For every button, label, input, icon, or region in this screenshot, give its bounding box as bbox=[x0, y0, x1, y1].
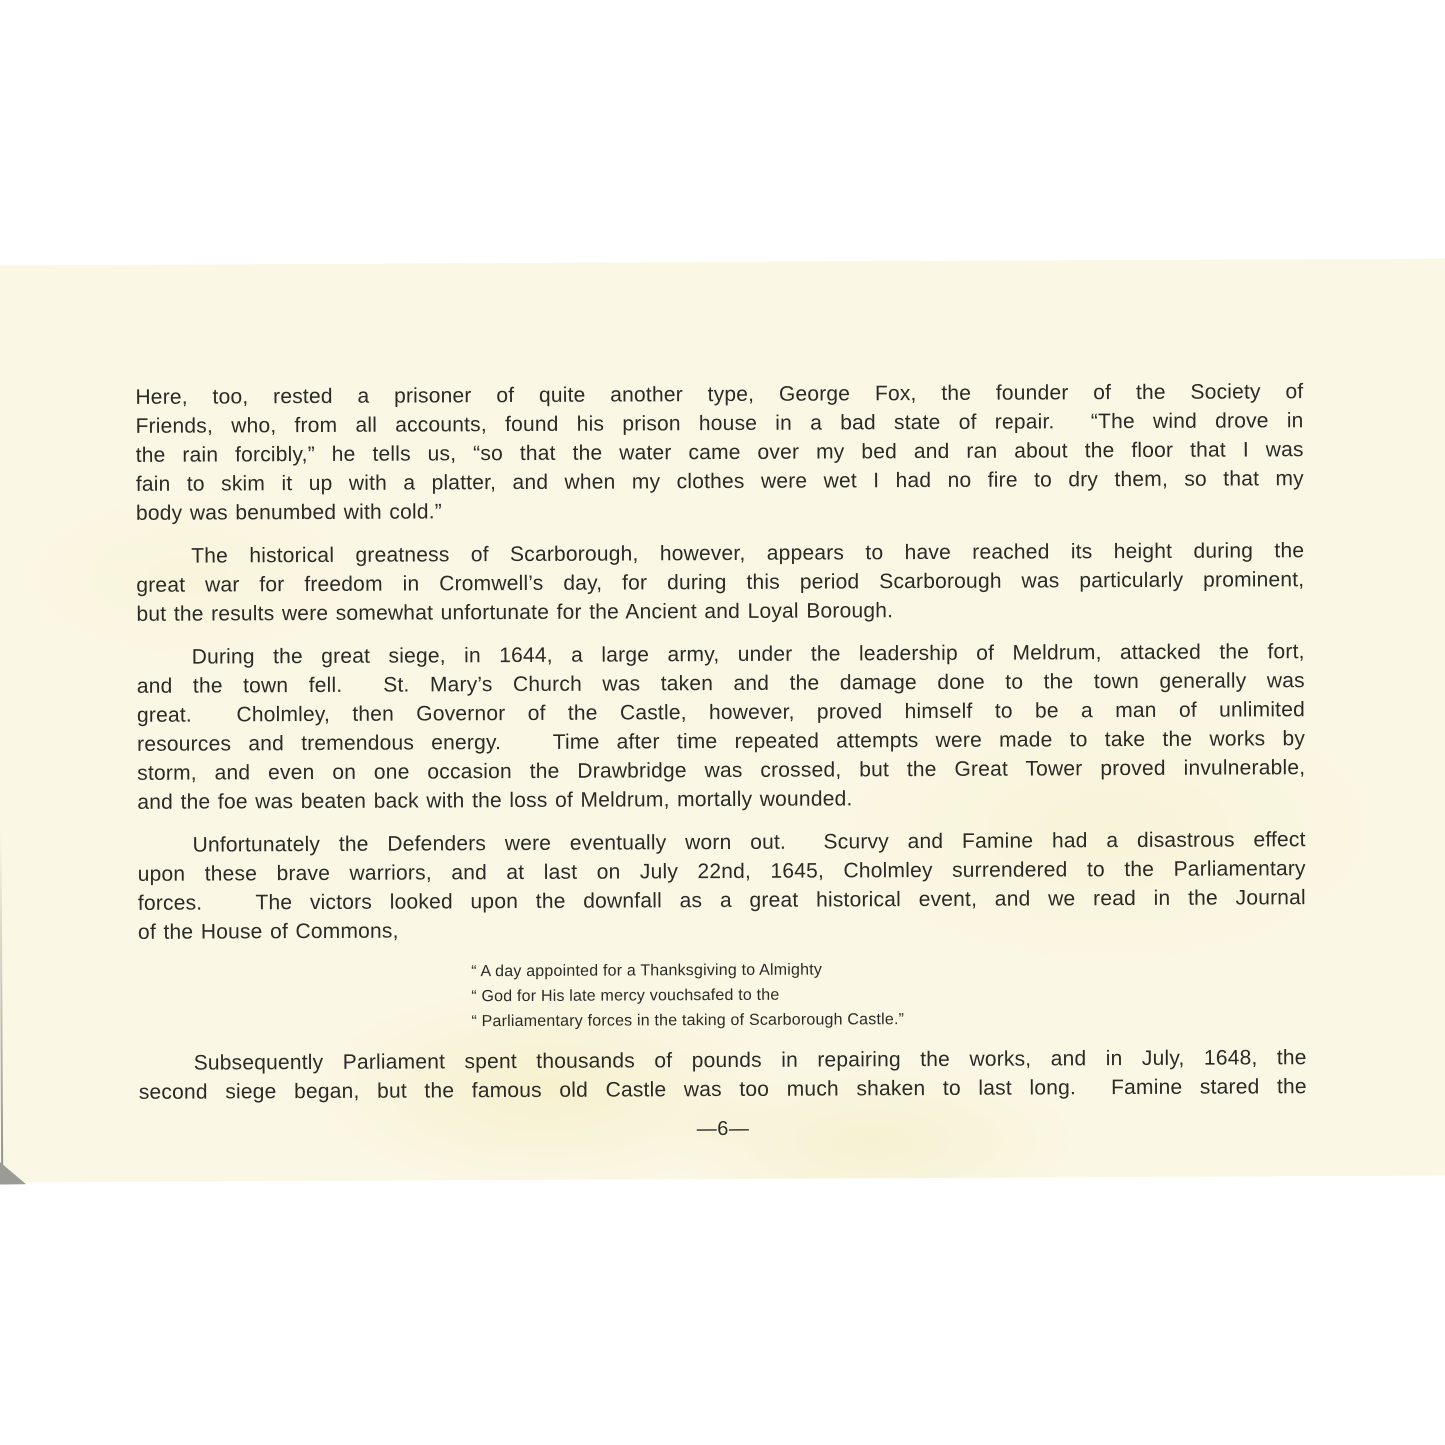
page-sheet: Here, too, rested a prisoner of quite an… bbox=[0, 258, 1445, 1182]
paragraph-line: fain to skim it up with a platter, and w… bbox=[136, 464, 1304, 499]
paragraph-defenders-worn-out: Unfortunately the Defenders were eventua… bbox=[138, 825, 1307, 947]
scan-background: Here, too, rested a prisoner of quite an… bbox=[0, 0, 1445, 1445]
page-content: Here, too, rested a prisoner of quite an… bbox=[135, 377, 1307, 1144]
paragraph-line: but the results were somewhat unfortunat… bbox=[136, 594, 1304, 629]
page-number: —6— bbox=[139, 1115, 1307, 1144]
paragraph-historical-greatness: The historical greatness of Scarborough,… bbox=[136, 536, 1304, 629]
page-corner-fold bbox=[0, 1160, 26, 1184]
paragraph-line: second siege began, but the famous old C… bbox=[139, 1072, 1307, 1107]
paragraph-line: great war for freedom in Cromwell’s day,… bbox=[136, 565, 1304, 600]
paragraph-line: of the House of Commons, bbox=[138, 912, 1306, 947]
thanksgiving-quote-block: “ A day appointed for a Thanksgiving to … bbox=[471, 955, 1306, 1034]
paragraph-line: forces. The victors looked upon the down… bbox=[138, 883, 1306, 918]
page-edge-shadow bbox=[0, 832, 3, 1177]
paragraph-george-fox: Here, too, rested a prisoner of quite an… bbox=[135, 377, 1304, 528]
paragraph-line: body was benumbed with cold.” bbox=[136, 493, 1304, 528]
paragraph-line: and the foe was beaten back with the los… bbox=[137, 782, 1305, 817]
quote-line: “ Parliamentary forces in the taking of … bbox=[471, 1005, 1306, 1034]
paragraph-second-siege: Subsequently Parliament spent thousands … bbox=[139, 1043, 1307, 1107]
paragraph-line: storm, and even on one occasion the Draw… bbox=[137, 753, 1305, 788]
paragraph-great-siege: During the great siege, in 1644, a large… bbox=[137, 637, 1306, 817]
